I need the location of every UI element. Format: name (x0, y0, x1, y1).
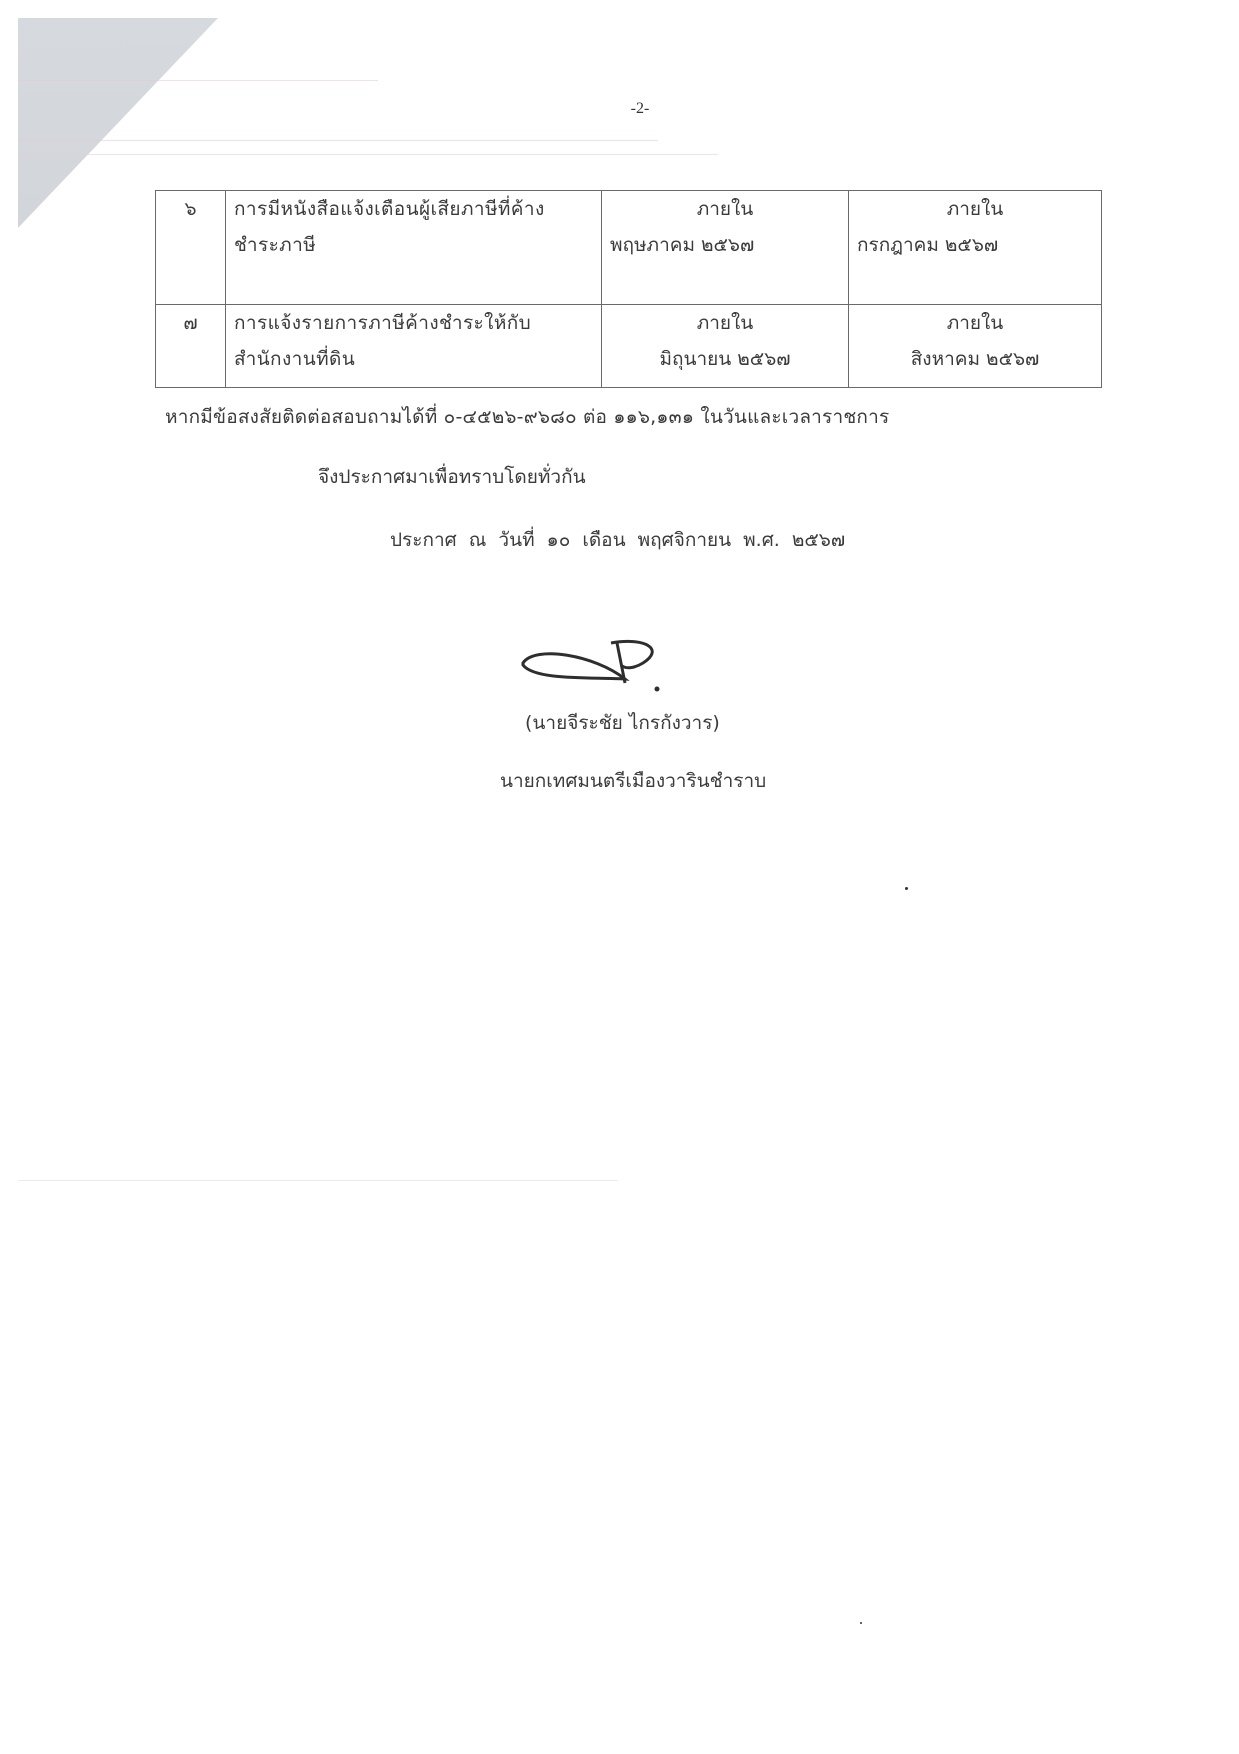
task-description: การแจ้งรายการภาษีค้างชำระให้กับ สำนักงาน… (226, 305, 602, 388)
schedule-table: ๖ การมีหนังสือแจ้งเตือนผู้เสียภาษีที่ค้า… (155, 190, 1102, 388)
contact-info: หากมีข้อสงสัยติดต่อสอบถามได้ที่ ๐-๔๕๒๖-๙… (165, 402, 889, 432)
announcement-text: จึงประกาศมาเพื่อทราบโดยทั่วกัน (318, 462, 586, 492)
table-row: ๗ การแจ้งรายการภาษีค้างชำระให้กับ สำนักง… (156, 305, 1102, 388)
scan-speck-artifact (905, 887, 908, 890)
row-number: ๗ (156, 305, 226, 388)
task-description: การมีหนังสือแจ้งเตือนผู้เสียภาษีที่ค้าง … (226, 191, 602, 305)
scan-line-artifact (18, 140, 658, 141)
scan-line-artifact (18, 154, 718, 155)
signatory-title: นายกเทศมนตรีเมืองวารินชำราบ (500, 766, 766, 796)
start-period: ภายใน มิถุนายน ๒๕๖๗ (602, 305, 849, 388)
page-number: -2- (620, 100, 660, 118)
end-period: ภายใน สิงหาคม ๒๕๖๗ (849, 305, 1102, 388)
scan-line-artifact (18, 80, 378, 81)
scan-speck-artifact (860, 1622, 862, 1624)
start-period: ภายใน พฤษภาคม ๒๕๖๗ (602, 191, 849, 305)
announcement-date: ประกาศ ณ วันที่ ๑๐ เดือน พฤศจิกายน พ.ศ. … (390, 525, 845, 555)
signatory-name: (นายจีระชัย ไกรกังวาร) (525, 708, 720, 738)
end-period: ภายใน กรกฎาคม ๒๕๖๗ (849, 191, 1102, 305)
table-row: ๖ การมีหนังสือแจ้งเตือนผู้เสียภาษีที่ค้า… (156, 191, 1102, 305)
row-number: ๖ (156, 191, 226, 305)
signature-image (515, 635, 675, 695)
scan-line-artifact (18, 1180, 618, 1181)
